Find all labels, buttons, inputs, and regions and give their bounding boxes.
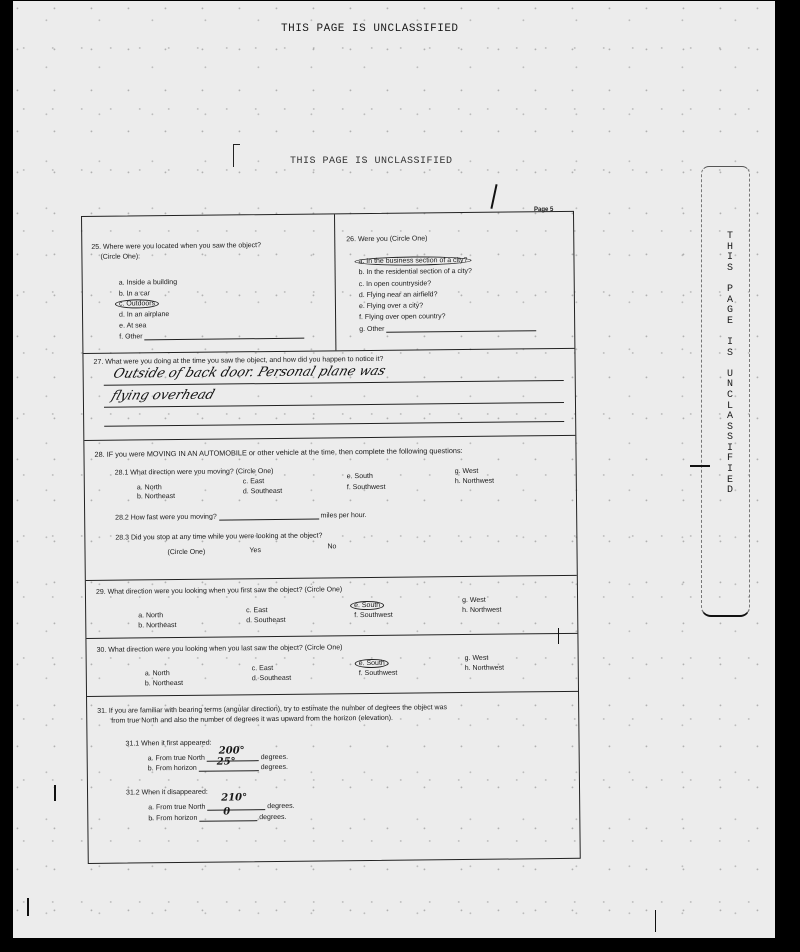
q25-option-c-selected[interactable]: c. Outdoors [119,300,159,307]
q25-option-f[interactable]: f. Other [119,332,304,341]
q28-1-question: 28.1 What direction were you moving? (Ci… [115,468,274,477]
section-31: 31. If you are familiar with bearing ter… [87,691,580,863]
q29-option-e-selected[interactable]: e. South [354,602,384,609]
q29-option-a[interactable]: a. North [138,612,163,619]
q28-1-option-h[interactable]: h. Northwest [455,478,494,485]
unit-label: degrees. [259,814,286,821]
q29-option-b[interactable]: b. Northeast [138,622,176,629]
q26-option-a-selected[interactable]: a. In the business section of a city? [358,257,471,265]
column-divider [334,214,336,350]
q25-option-d[interactable]: d. In an airplane [119,311,169,319]
q28-1-option-b[interactable]: b. Northeast [137,493,175,500]
q31-2-label: 31.2 When it disappeared: [126,789,208,797]
option-label: f. Other [119,333,142,340]
q26-option-b[interactable]: b. In the residential section of a city? [359,268,472,276]
option-label: g. Other [359,326,384,333]
q25-instruction: (Circle One): [100,253,140,260]
q29-option-g[interactable]: g. West [462,597,486,604]
q29-option-f[interactable]: f. Southwest [354,612,393,619]
speed-field[interactable] [219,519,319,521]
q29-question: 29. What direction were you looking when… [96,586,342,596]
q30-option-e-selected[interactable]: e. South [359,660,389,667]
q28-3-option-yes[interactable]: Yes [249,547,260,554]
q30-question: 30. What direction were you looking when… [97,644,343,654]
q31-question-line2: from true North and also the number of d… [111,715,393,725]
section-30: 30. What direction were you looking when… [86,633,578,697]
q26-option-e[interactable]: e. Flying over a city? [359,302,423,310]
north-degrees-field[interactable]: 210° [207,800,265,811]
stamp-letter: I [725,338,735,349]
scan-artifact [558,628,559,644]
scan-artifact [655,910,656,932]
scan-artifact [27,898,29,916]
q30-option-f[interactable]: f. Southwest [359,670,398,677]
q28-1-option-g[interactable]: g. West [455,468,479,475]
section-25-26: 25. Where were you located when you saw … [82,212,574,354]
circled-answer: a. In the business section of a city? [354,256,471,266]
q30-option-g[interactable]: g. West [465,655,489,662]
q31-2-north-row: a. From true North 210° degrees. [148,800,294,812]
answer-rule [104,421,564,427]
q28-1-option-c[interactable]: c. East [243,478,264,485]
other-field[interactable] [145,338,305,341]
q29-option-h[interactable]: h. Northwest [462,607,501,614]
field-label: b. From horizon [148,815,197,823]
section-27: 27. What were you doing at the time you … [83,348,575,441]
section-28: 28. IF you were MOVING IN AN AUTOMOBILE … [84,435,576,581]
scan-artifact [690,465,710,467]
q28-1-option-d[interactable]: d. Southeast [243,488,282,495]
classification-stamp-top: THIS PAGE IS UNCLASSIFIED [281,23,459,35]
q26-option-f[interactable]: f. Flying over open country? [359,313,445,321]
classification-stamp-vertical: T H I S P A G E I S U N C L A S S I F I … [725,232,735,497]
q25-question: 25. Where were you located when you saw … [91,242,261,251]
unit-label: degrees. [267,803,294,810]
q29-option-d[interactable]: d. Southeast [246,617,285,624]
q28-1-option-e[interactable]: e. South [347,473,373,480]
q31-question-line1: 31. If you are familiar with bearing ter… [97,704,447,715]
circled-answer: e. South [350,601,384,610]
q28-3-question: 28.3 Did you stop at any time while you … [115,532,322,541]
q28-1-option-a[interactable]: a. North [137,484,162,491]
q28-3-option-no[interactable]: No [327,543,336,550]
bracket-mark [233,144,240,167]
other-field[interactable] [386,330,536,333]
q26-option-c[interactable]: c. In open countryside? [359,280,431,288]
circled-answer: e. South [355,659,389,668]
q25-option-b[interactable]: b. In a car [119,290,150,297]
q28-2-question: 28.2 How fast were you moving? miles per… [115,512,366,522]
field-label: a. From true North [148,804,205,812]
handwritten-value: 210° [221,792,247,803]
questionnaire-form: 25. Where were you located when you saw … [81,211,581,864]
q27-answer-line1[interactable]: Outside of back door. Personal plane was [111,364,387,382]
question-label: 28.2 How fast were you moving? [115,514,217,522]
section-29: 29. What direction were you looking when… [86,575,578,639]
q30-option-h[interactable]: h. Northwest [465,665,504,672]
q31-2-horizon-row: b. From horizon 0 degrees. [148,811,286,822]
unit-label: degrees. [261,764,288,771]
classification-stamp-faded: THIS PAGE IS UNCLASSIFIED [290,156,453,163]
q30-option-a[interactable]: a. North [145,670,170,677]
q30-option-b[interactable]: b. Northeast [145,680,183,687]
q28-1-option-f[interactable]: f. Southwest [347,484,386,491]
stamp-letter: P [725,285,735,296]
circled-answer: c. Outdoors [115,299,159,308]
q26-option-d[interactable]: d. Flying near an airfield? [359,291,438,299]
field-label: b. From horizon [148,765,197,773]
q31-1-horizon-row: b. From horizon 25° degrees. [148,761,288,772]
q25-option-e[interactable]: e. At sea [119,322,146,329]
q28-3-instruction: (Circle One) [167,549,205,556]
q30-option-d[interactable]: d. Southeast [252,675,291,682]
stamp-letter: T [725,232,735,243]
handwritten-value: 25° [217,756,236,767]
q28-question: 28. IF you were MOVING IN AN AUTOMOBILE … [94,446,462,459]
q26-question: 26. Were you (Circle One) [346,235,427,243]
horizon-degrees-field[interactable]: 0 [199,811,257,822]
q25-option-a[interactable]: a. Inside a building [119,279,177,287]
handwritten-value: 200° [219,745,245,756]
q29-option-c[interactable]: c. East [246,607,267,614]
q31-1-label: 31.1 When it first appeared: [125,740,211,748]
pen-mark [490,184,497,209]
scan-artifact [54,785,56,801]
q26-option-g[interactable]: g. Other [359,324,536,333]
q30-option-c[interactable]: c. East [252,665,273,672]
horizon-degrees-field[interactable]: 25° [199,761,259,772]
handwritten-value: 0 [223,806,230,817]
stamp-letter: C [725,391,735,402]
unit-label: miles per hour. [321,512,367,519]
q27-answer-line2[interactable]: flying overhead [110,388,217,404]
stamp-letter: D [725,486,735,497]
